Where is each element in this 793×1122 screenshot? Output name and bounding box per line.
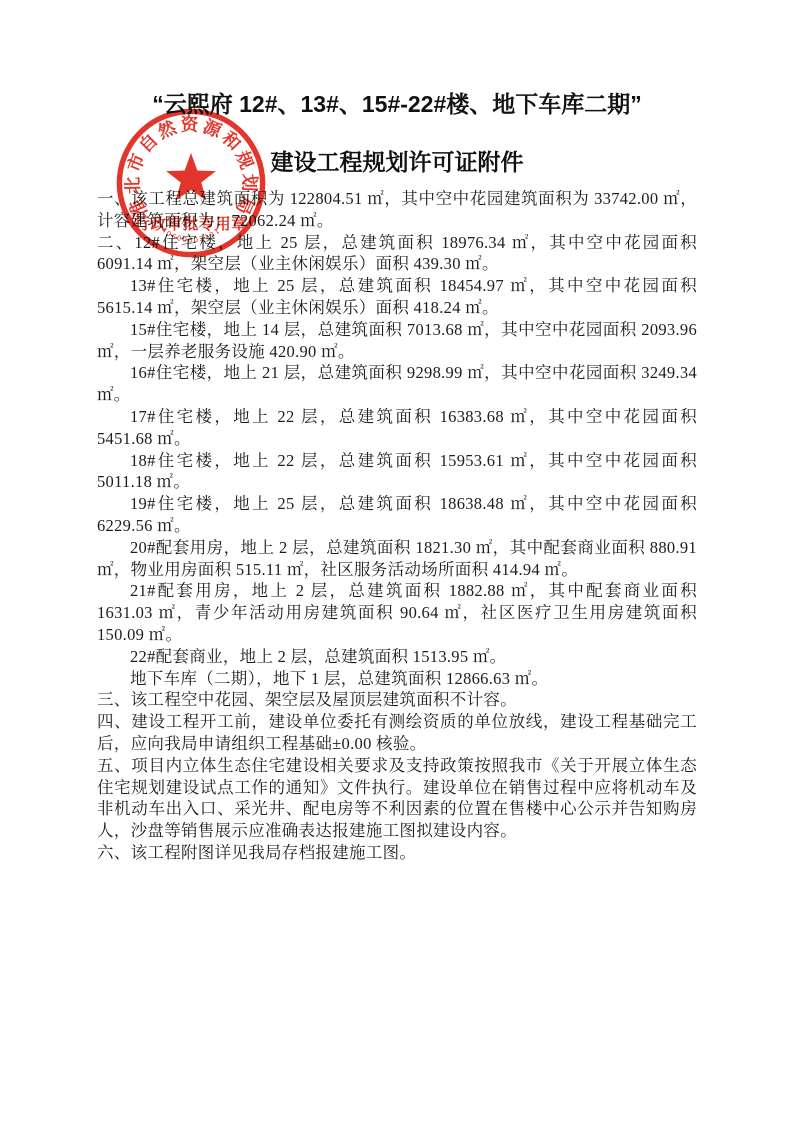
document-page: “云熙府 12#、13#、15#-22#楼、地下车库二期” 建设工程规划许可证附… — [0, 0, 793, 1122]
para-total-area: 一、该工程总建筑面积为 122804.51 ㎡，其中空中花园建筑面积为 3374… — [97, 188, 697, 232]
document-title-permit: 建设工程规划许可证附件 — [97, 146, 697, 178]
para-building-17: 17#住宅楼，地上 22 层，总建筑面积 16383.68 ㎡，其中空中花园面积… — [97, 406, 697, 450]
para-building-22: 22#配套商业，地上 2 层，总建筑面积 1513.95 ㎡。 — [97, 646, 697, 668]
para-clause-6: 六、该工程附图详见我局存档报建施工图。 — [97, 842, 697, 864]
para-clause-3: 三、该工程空中花园、架空层及屋顶层建筑面积不计容。 — [97, 689, 697, 711]
para-building-20: 20#配套用房，地上 2 层，总建筑面积 1821.30 ㎡，其中配套商业面积 … — [97, 537, 697, 581]
para-building-18: 18#住宅楼，地上 22 层，总建筑面积 15953.61 ㎡，其中空中花园面积… — [97, 450, 697, 494]
para-clause-4: 四、建设工程开工前，建设单位委托有测绘资质的单位放线，建设工程基础完工后，应向我… — [97, 711, 697, 755]
document-body: 一、该工程总建筑面积为 122804.51 ㎡，其中空中花园建筑面积为 3374… — [97, 188, 697, 864]
para-basement-garage: 地下车库（二期），地下 1 层，总建筑面积 12866.63 ㎡。 — [97, 668, 697, 690]
para-building-19: 19#住宅楼，地上 25 层，总建筑面积 18638.48 ㎡，其中空中花园面积… — [97, 493, 697, 537]
para-building-12: 二、12#住宅楼，地上 25 层，总建筑面积 18976.34 ㎡，其中空中花园… — [97, 232, 697, 276]
para-clause-5: 五、项目内立体生态住宅建设相关要求及支持政策按照我市《关于开展立体生态住宅规划建… — [97, 755, 697, 842]
para-building-16: 16#住宅楼，地上 21 层，总建筑面积 9298.99 ㎡，其中空中花园面积 … — [97, 362, 697, 406]
para-building-13: 13#住宅楼，地上 25 层，总建筑面积 18454.97 ㎡，其中空中花园面积… — [97, 275, 697, 319]
para-building-21: 21#配套用房，地上 2 层，总建筑面积 1882.88 ㎡，其中配套商业面积 … — [97, 580, 697, 645]
permit-document: “云熙府 12#、13#、15#-22#楼、地下车库二期” 建设工程规划许可证附… — [97, 88, 697, 864]
para-building-15: 15#住宅楼，地上 14 层，总建筑面积 7013.68 ㎡，其中空中花园面积 … — [97, 319, 697, 363]
document-title-project: “云熙府 12#、13#、15#-22#楼、地下车库二期” — [97, 88, 697, 120]
